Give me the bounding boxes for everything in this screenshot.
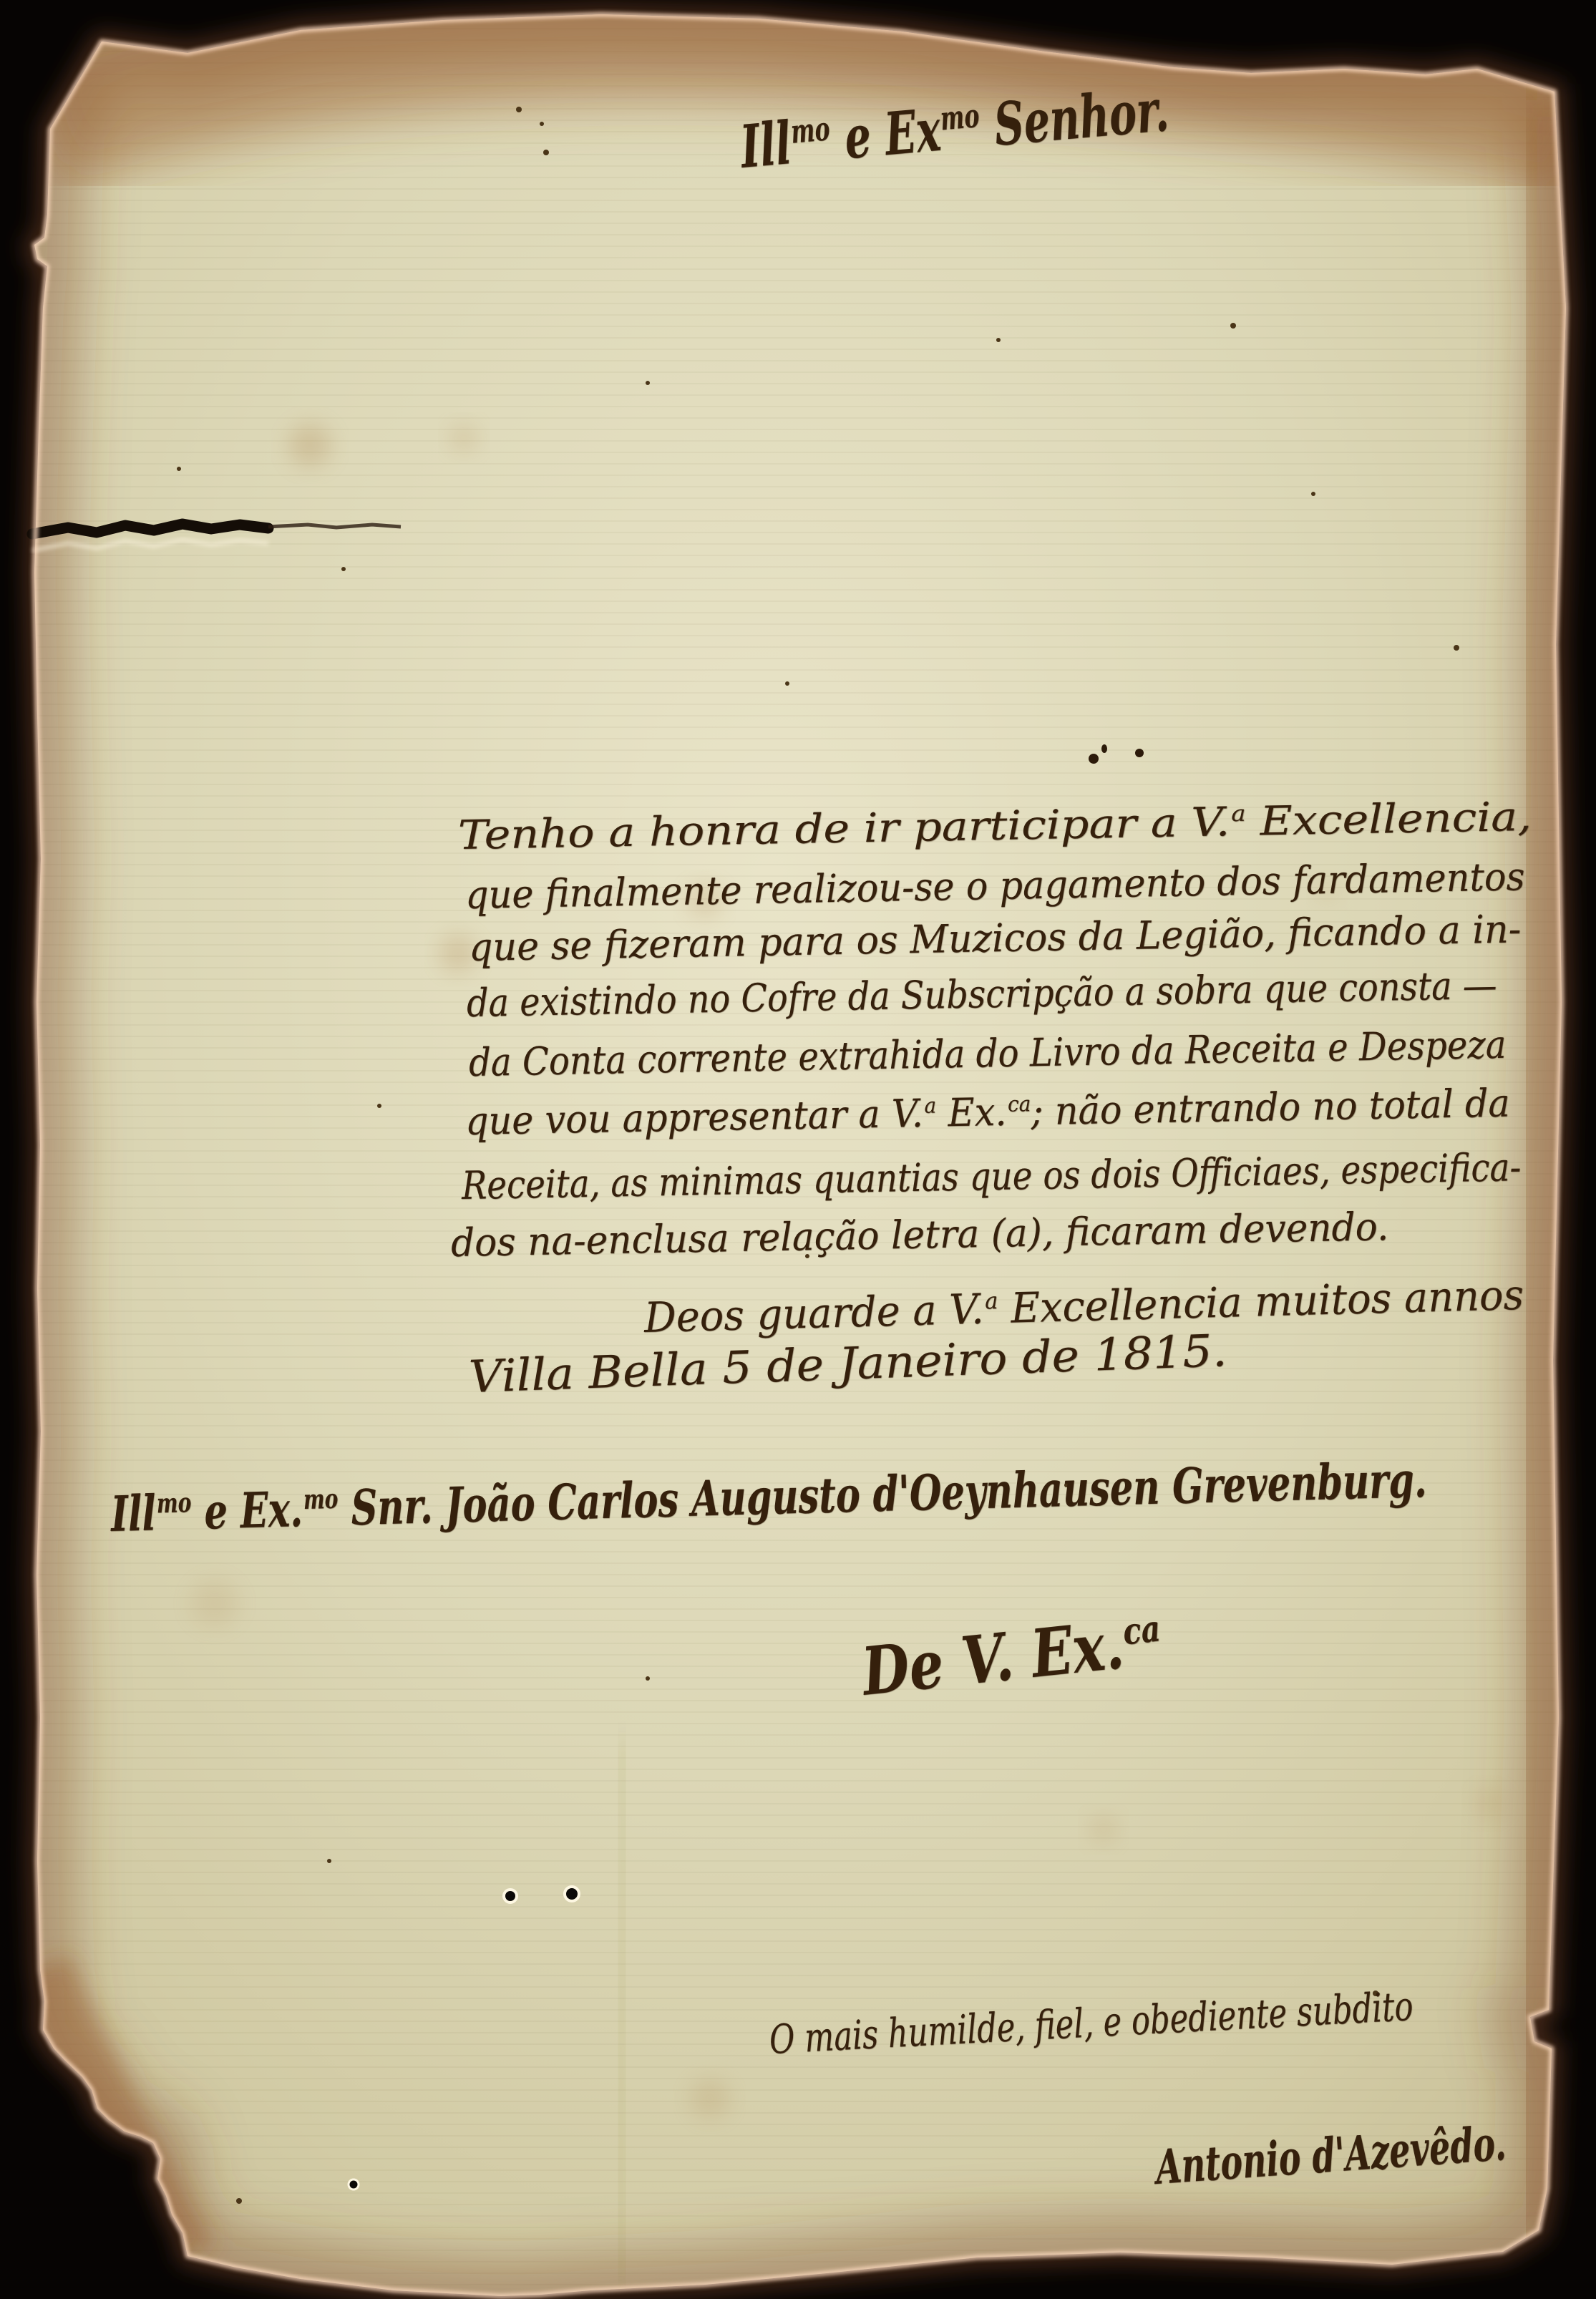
- body-line-6: que vou appresentar a V.a Ex.ca; não ent…: [465, 1084, 1511, 1141]
- valediction-line: De V. Ex.ca: [859, 1608, 1164, 1704]
- body-line-3: que se fizeram para os Muzicos da Legião…: [469, 910, 1522, 967]
- salutation-line: Illmo e Exmo Senhor.: [738, 81, 1170, 177]
- photograph-background: Illmo e Exmo Senhor. Tenho a honra de ir…: [0, 0, 1596, 2299]
- body-line-8: dos na-enclusa relação letra (a), ficara…: [451, 1207, 1389, 1263]
- body-line-7: Receita, as minimas quantias que os dois…: [462, 1148, 1522, 1205]
- body-line-4: da existindo no Cofre da Subscripção a s…: [467, 966, 1497, 1023]
- body-line-2: que finalmente realizou-se o pagamento d…: [465, 857, 1525, 915]
- handwritten-text: Illmo e Exmo Senhor. Tenho a honra de ir…: [0, 0, 1596, 2299]
- addressee-line: Illmo e Ex.mo Snr. João Carlos Augusto d…: [110, 1456, 1427, 1539]
- date-line: Villa Bella 5 de Janeiro de 1815.: [468, 1328, 1227, 1399]
- body-line-5: da Conta corrente extrahida do Livro da …: [469, 1026, 1507, 1082]
- signature: Antonio d'Azevêdo.: [1154, 2119, 1507, 2191]
- closing-line: O mais humilde, fiel, e obediente subdit…: [769, 1987, 1414, 2061]
- body-line-1: Tenho a honra de ir participar a V.a Exc…: [458, 797, 1532, 856]
